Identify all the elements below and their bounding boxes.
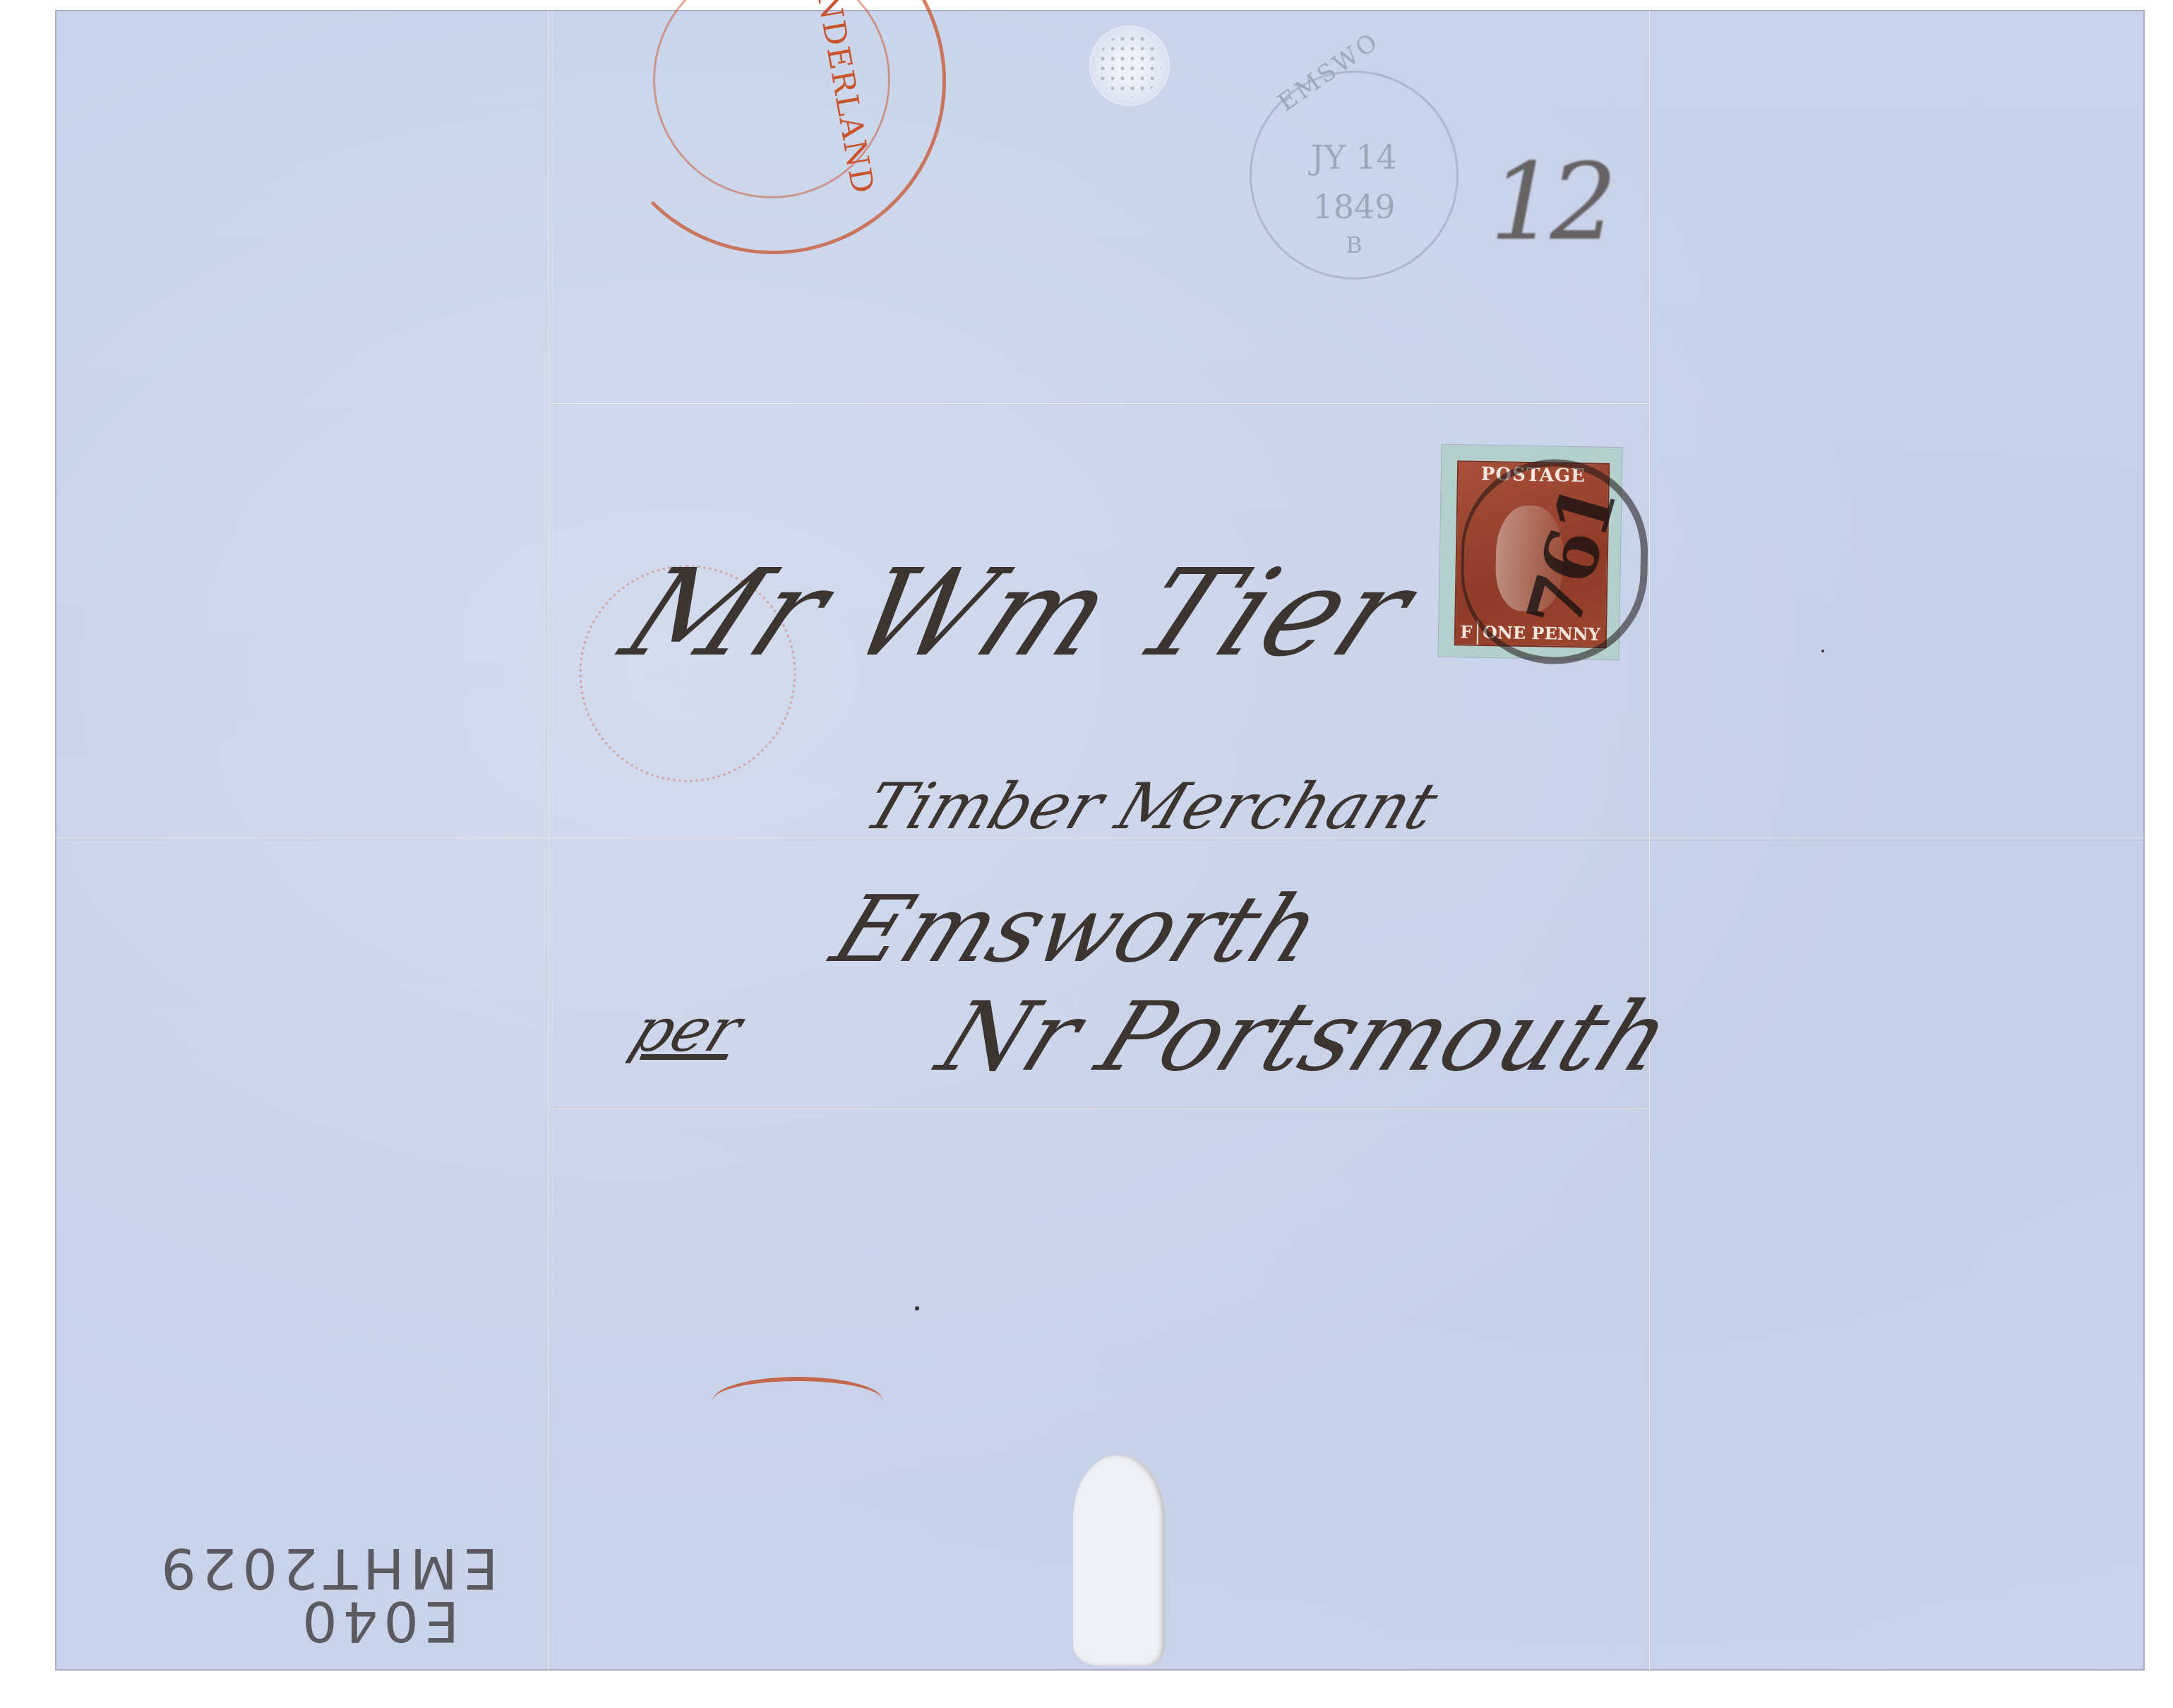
arrival-postmark-code: B <box>1252 232 1456 258</box>
emsworth-arrival-postmark: EMSWO JY 14 1849 B <box>1250 71 1459 280</box>
address-town: Emsworth <box>818 876 1336 983</box>
wax-seal-remnant <box>1073 1455 1165 1666</box>
fold-line-vertical-left <box>547 10 549 1671</box>
ink-speck <box>915 1306 919 1310</box>
arrival-postmark-day: JY 14 <box>1252 133 1456 182</box>
fold-line-horizontal-top <box>549 402 1651 405</box>
address-recipient: Mr Wm Tier <box>603 544 1437 683</box>
ink-speck <box>1821 650 1824 652</box>
address-occupation: Timber Merchant <box>855 770 1447 844</box>
fold-line-horizontal-bottom <box>549 1107 1651 1109</box>
pencil-lot-number: E040 <box>297 1589 459 1652</box>
fold-line-vertical-right <box>1648 10 1651 1671</box>
arrival-postmark-date: JY 14 1849 <box>1252 133 1456 232</box>
stamp-corner-letter: F <box>1456 620 1479 645</box>
rate-handstamp: 12 <box>1490 141 1610 264</box>
penny-red-stamp: POSTAGE FONE PENNY 761 <box>1438 445 1622 659</box>
address-near-city: Nr Portsmouth <box>923 981 1687 1092</box>
arrival-postmark-year: 1849 <box>1252 182 1456 232</box>
embossed-wafer-seal <box>1091 27 1168 104</box>
red-postmark-arc-fragment <box>713 1377 882 1423</box>
